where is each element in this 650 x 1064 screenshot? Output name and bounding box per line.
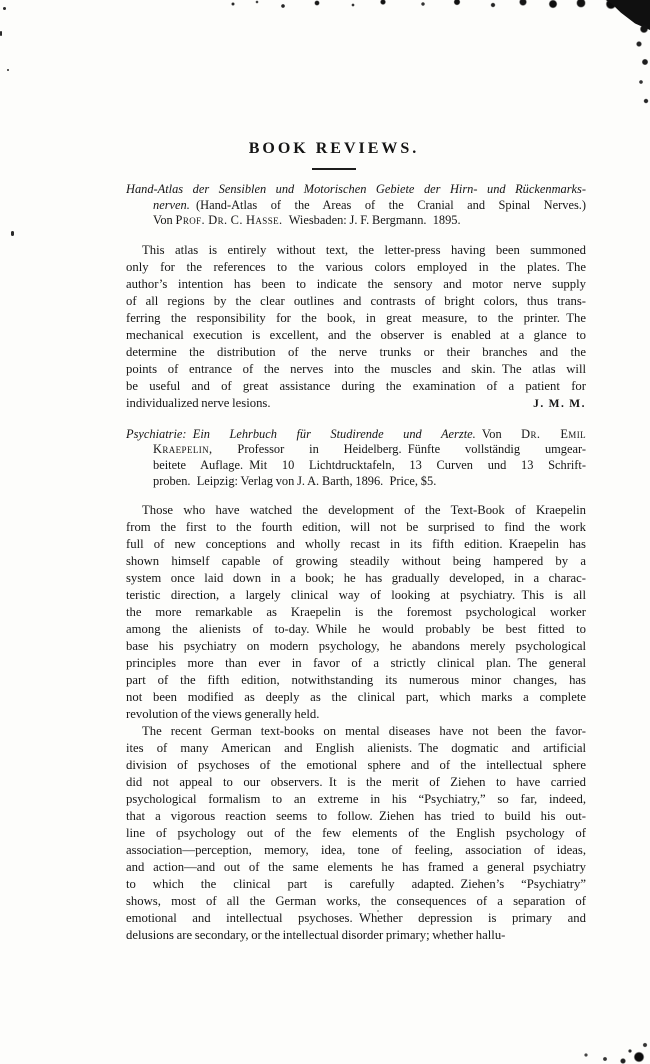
text-line: teristic direction, a largely clinical w… [126,587,586,604]
scan-speck [11,231,14,236]
text-line: that a vigorous reaction seems to follow… [126,808,586,825]
citation-segment: Dr. Emil [521,427,586,441]
text-line: to which the clinical part is carefully … [126,876,586,893]
page-title: BOOK REVIEWS. [104,140,564,160]
text-line: individualized nerve lesions.J. M. M. [126,395,586,412]
text-line: ites of many American and English alieni… [126,740,586,757]
citation-line: Kraepelin, Professor in Heidelberg. Fünf… [126,442,586,458]
text-line: Those who have watched the development o… [126,502,586,519]
text-line: of all regions by the clear outlines and… [126,293,586,310]
citation-segment: beitete Auflage. Mit 10 Lichtdrucktafeln… [153,458,586,472]
text-line: The recent German text-books on mental d… [126,723,586,740]
book-review-2: Psychiatrie: Ein Lehrbuch für Studirende… [126,427,586,944]
text-line: part of the fifth edition, notwithstandi… [126,672,586,689]
text-line: principles more than ever in favor of a … [126,655,586,672]
text-line: line of psychology out of the few elemen… [126,825,586,842]
text-line: mechanical execution is excellent, and t… [126,327,586,344]
scan-noise-bottom-right [574,1034,650,1064]
text-line: among the alienists of to-day. While he … [126,621,586,638]
review-paragraph: Those who have watched the development o… [126,502,586,723]
citation-segment: Von [476,427,521,441]
reviewer-initials: J. M. M. [533,395,586,412]
text-line: psychological formalism to an extreme in… [126,791,586,808]
scan-speck [3,7,6,10]
text-line: shows, most of all the German works, the… [126,893,586,910]
text-line: from the first to the fourth edition, wi… [126,519,586,536]
scanned-journal-page: BOOK REVIEWS. Hand-Atlas der Sensiblen u… [0,0,650,1064]
text-line: shown himself capable of growing steadil… [126,553,586,570]
text-line: the more remarkable as Kraepelin is the … [126,604,586,621]
title-rule [312,168,356,170]
citation-line: proben. Leipzig: Verlag von J. A. Barth,… [126,474,586,490]
text-line: base his psychiatry on modern psychology… [126,638,586,655]
citation-segment: Von [153,213,176,227]
text-line: and action—and out of the same elements … [126,859,586,876]
text-line: only for the references to the various c… [126,259,586,276]
text-block: BOOK REVIEWS. Hand-Atlas der Sensiblen u… [126,140,586,944]
text-line: delusions are secondary, or the intellec… [126,927,586,944]
text-line: ferring the responsibility for the book,… [126,310,586,327]
text-line: association—perception, memory, idea, to… [126,842,586,859]
text-line: full of new conceptions and wholly recas… [126,536,586,553]
scan-speck [0,31,2,36]
citation-segment: (Hand-Atlas of the Areas of the Cranial … [190,198,586,212]
text-line: did not appeal to our observers. It is t… [126,774,586,791]
citation-line: nerven. (Hand-Atlas of the Areas of the … [126,198,586,214]
citation-segment: Psychiatrie: Ein Lehrbuch für Studirende… [126,427,476,441]
text-line: This atlas is entirely without text, the… [126,242,586,259]
review-paragraph: This atlas is entirely without text, the… [126,242,586,412]
scan-speck [7,69,9,71]
book-review-1: Hand-Atlas der Sensiblen und Motorischen… [126,182,586,412]
text-line: emotional and intellectual psychoses. Wh… [126,910,586,927]
citation-segment: Hand-Atlas der Sensiblen und Motorischen… [126,182,586,196]
text-line: author’s intention has been to indicate … [126,276,586,293]
text-line: revolution of the views generally held. [126,706,586,723]
citation: Hand-Atlas der Sensiblen und Motorischen… [126,182,586,229]
citation-line: Psychiatrie: Ein Lehrbuch für Studirende… [126,427,586,443]
text-line: determine the distribution of the nerve … [126,344,586,361]
citation-segment: proben. Leipzig: Verlag von J. A. Barth,… [153,474,436,488]
text-line: division of psychoses of the emotional s… [126,757,586,774]
review-paragraph: The recent German text-books on mental d… [126,723,586,944]
scan-noise-right-edge [633,22,650,114]
citation-segment: Prof. Dr. C. Hasse. [176,213,283,227]
citation: Psychiatrie: Ein Lehrbuch für Studirende… [126,427,586,489]
citation-line: Hand-Atlas der Sensiblen und Motorischen… [126,182,586,198]
citation-segment: Professor in Heidelberg. Fünfte vollstän… [213,442,586,456]
text-line: not been modified as deeply as the clini… [126,689,586,706]
citation-segment: Wiesbaden: J. F. Bergmann. 1895. [283,213,461,227]
reviews-container: Hand-Atlas der Sensiblen und Motorischen… [126,182,586,944]
text-line: system once laid down in a book; he has … [126,570,586,587]
citation-line: beitete Auflage. Mit 10 Lichtdrucktafeln… [126,458,586,474]
scan-noise-top-edge [225,0,650,13]
text-line: be useful and of great assistance during… [126,378,586,395]
text-line: points of entrance of the nerves into th… [126,361,586,378]
citation-line: Von Prof. Dr. C. Hasse. Wiesbaden: J. F.… [126,213,586,229]
citation-segment: nerven. [153,198,190,212]
citation-segment: Kraepelin, [153,442,213,456]
text-line-content: individualized nerve lesions. [126,395,271,412]
